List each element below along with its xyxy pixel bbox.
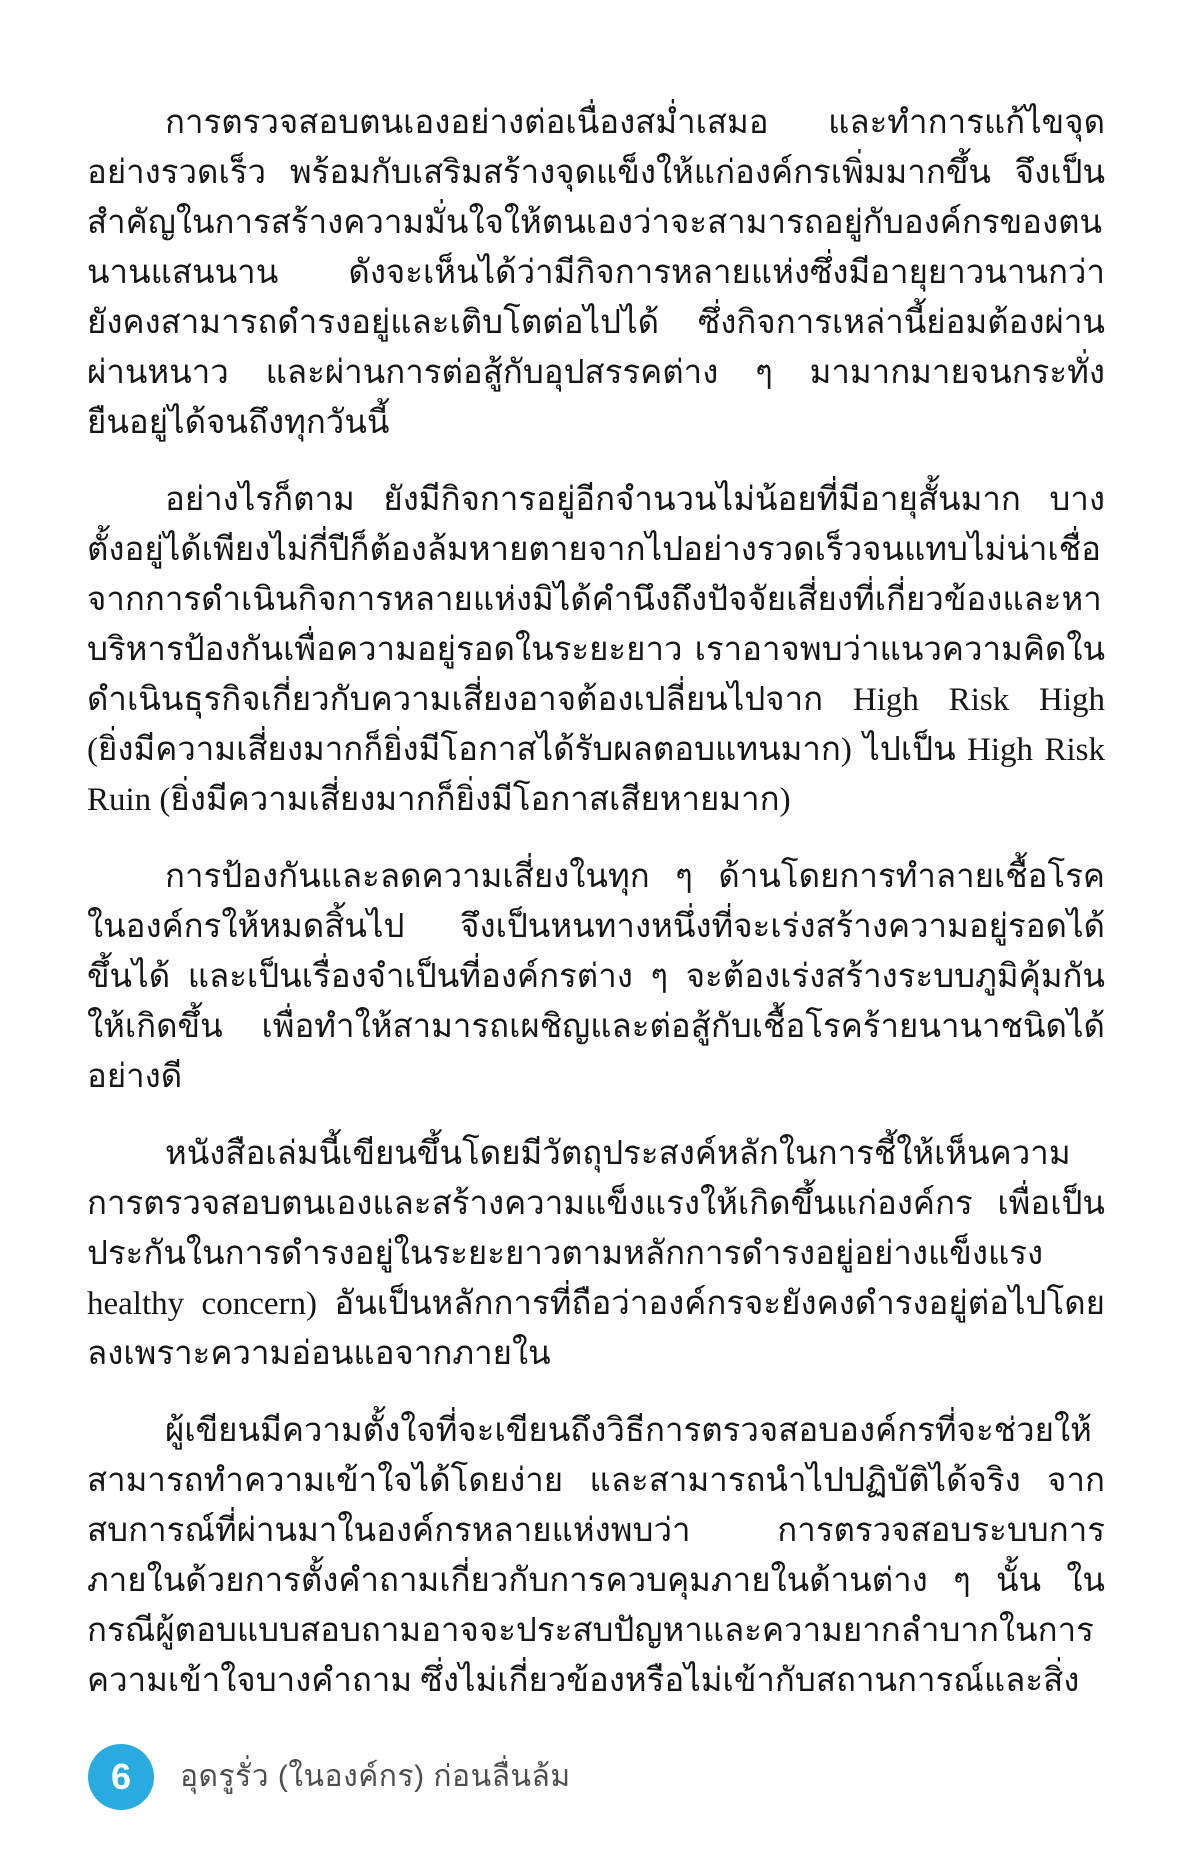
text-line: สบการณ์ที่ผ่านมาในองค์กรหลายแห่งพบว่า กา… — [87, 1506, 1105, 1556]
page-number: 6 — [111, 1759, 131, 1795]
text-line: นานแสนนาน ดังจะเห็นได้ว่ามีกิจการหลายแห่… — [87, 248, 1105, 298]
paragraph: ผู้เขียนมีความตั้งใจที่จะเขียนถึงวิธีการ… — [87, 1406, 1105, 1706]
page-number-badge: 6 — [88, 1744, 154, 1810]
paragraph: อย่างไรก็ตาม ยังมีกิจการอยู่อีกจำนวนไม่น… — [87, 475, 1105, 825]
body-text: การตรวจสอบตนเองอย่างต่อเนื่องสม่ำเสมอ แล… — [87, 98, 1105, 1733]
text-line: Ruin (ยิ่งมีความเสี่ยงมากก็ยิ่งมีโอกาสเส… — [87, 775, 1105, 825]
text-line: สามารถทำความเข้าใจได้โดยง่าย และสามารถนำ… — [87, 1456, 1105, 1506]
text-line: อย่างดี — [87, 1052, 1105, 1102]
text-line: ภายในด้วยการตั้งคำถามเกี่ยวกับการควบคุมภ… — [87, 1556, 1105, 1606]
text-line: ผ่านหนาว และผ่านการต่อสู้กับอุปสรรคต่าง … — [87, 348, 1105, 398]
book-page: { "colors": { "page_bg": "#ffffff", "bod… — [0, 0, 1186, 1867]
text-line: ผู้เขียนมีความตั้งใจที่จะเขียนถึงวิธีการ… — [87, 1406, 1105, 1456]
text-line: ยังคงสามารถดำรงอยู่และเติบโตต่อไปได้ ซึ่… — [87, 298, 1105, 348]
footer-book-title: อุดรูรั่ว (ในองค์กร) ก่อนลื่นล้ม — [180, 1759, 571, 1795]
text-line: อย่างรวดเร็ว พร้อมกับเสริมสร้างจุดแข็งให… — [87, 148, 1105, 198]
text-line: ขึ้นได้ และเป็นเรื่องจำเป็นที่องค์กรต่าง… — [87, 952, 1105, 1002]
text-line: บริหารป้องกันเพื่อความอยู่รอดในระยะยาว เ… — [87, 625, 1105, 675]
paragraph: หนังสือเล่มนี้เขียนขึ้นโดยมีวัตถุประสงค์… — [87, 1129, 1105, 1379]
paragraph: การป้องกันและลดความเสี่ยงในทุก ๆ ด้านโดย… — [87, 852, 1105, 1102]
text-line: สำคัญในการสร้างความมั่นใจให้ตนเองว่าจะสา… — [87, 198, 1105, 248]
text-line: การป้องกันและลดความเสี่ยงในทุก ๆ ด้านโดย… — [87, 852, 1105, 902]
text-line: (ยิ่งมีความเสี่ยงมากก็ยิ่งมีโอกาสได้รับผ… — [87, 725, 1105, 775]
text-line: ลงเพราะความอ่อนแอจากภายใน — [87, 1329, 1105, 1379]
text-line: การตรวจสอบตนเองและสร้างความแข็งแรงให้เกิ… — [87, 1179, 1105, 1229]
text-line: กรณีผู้ตอบแบบสอบถามอาจจะประสบปัญหาและควา… — [87, 1606, 1105, 1656]
text-line: หนังสือเล่มนี้เขียนขึ้นโดยมีวัตถุประสงค์… — [87, 1129, 1105, 1179]
paragraph: การตรวจสอบตนเองอย่างต่อเนื่องสม่ำเสมอ แล… — [87, 98, 1105, 448]
text-line: ดำเนินธุรกิจเกี่ยวกับความเสี่ยงอาจต้องเป… — [87, 675, 1105, 725]
text-line: การตรวจสอบตนเองอย่างต่อเนื่องสม่ำเสมอ แล… — [87, 98, 1105, 148]
page-footer: 6 อุดรูรั่ว (ในองค์กร) ก่อนลื่นล้ม — [88, 1744, 571, 1810]
text-line: อย่างไรก็ตาม ยังมีกิจการอยู่อีกจำนวนไม่น… — [87, 475, 1105, 525]
text-line: ให้เกิดขึ้น เพื่อทำให้สามารถเผชิญและต่อส… — [87, 1002, 1105, 1052]
text-line: ความเข้าใจบางคำถาม ซึ่งไม่เกี่ยวข้องหรือ… — [87, 1656, 1105, 1706]
text-line: ยืนอยู่ได้จนถึงทุกวันนี้ — [87, 398, 1105, 448]
text-line: ประกันในการดำรงอยู่ในระยะยาวตามหลักการดำ… — [87, 1229, 1105, 1279]
text-line: ตั้งอยู่ได้เพียงไม่กี่ปีก็ต้องล้มหายตายจ… — [87, 525, 1105, 575]
text-line: healthy concern) อันเป็นหลักการที่ถือว่า… — [87, 1279, 1105, 1329]
text-line: ในองค์กรให้หมดสิ้นไป จึงเป็นหนทางหนึ่งที… — [87, 902, 1105, 952]
text-line: จากการดำเนินกิจการหลายแห่งมิได้คำนึงถึงป… — [87, 575, 1105, 625]
